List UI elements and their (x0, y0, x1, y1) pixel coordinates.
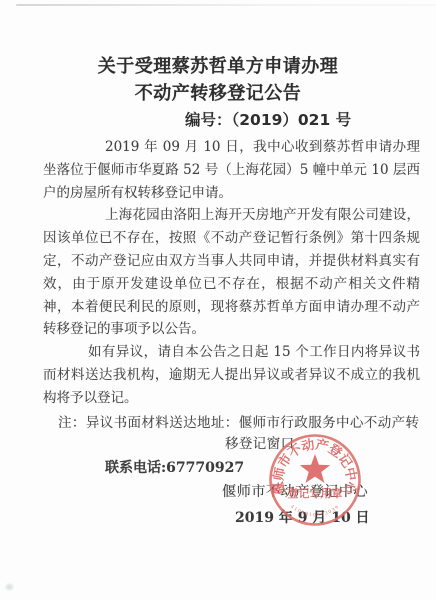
notice-title-line2: 不动产转移登记公告 (0, 81, 436, 106)
paragraph-objection: 如有异议，请自本公告之日起 15 个工作日内将异议书而材料送达我机构，逾期无人提… (43, 341, 420, 409)
seal-serial: 4103810503039 (289, 504, 341, 518)
seal-bottom-text: 登记专用章 (287, 486, 343, 500)
paragraph-background: 上海花园由洛阳上海开天房地产开发有限公司建设，因该单位已不存在，按照《不动产登记… (43, 204, 420, 341)
paragraph-application: 2019 年 09 月 10 日，我中心收到蔡苏哲申请办理坐落位于偃师市华夏路 … (43, 136, 420, 204)
note-label: 注： (58, 415, 86, 431)
scan-speck (6, 584, 13, 590)
doc-number: 编号：（2019）021 号 (0, 108, 436, 132)
notice-title-line1: 关于受理蔡苏哲单方申请办理 (0, 54, 436, 79)
official-seal: 偃师市不动产登记中心 登记专用章 4103810503039 (258, 424, 372, 538)
seal-star-icon (300, 454, 330, 483)
scan-artifact-line (16, 4, 436, 6)
svg-text:4103810503039: 4103810503039 (289, 504, 341, 518)
notice-document-page: 关于受理蔡苏哲单方申请办理 不动产转移登记公告 编号：（2019）021 号 2… (0, 0, 436, 600)
notice-body: 2019 年 09 月 10 日，我中心收到蔡苏哲申请办理坐落位于偃师市华夏路 … (43, 136, 420, 410)
